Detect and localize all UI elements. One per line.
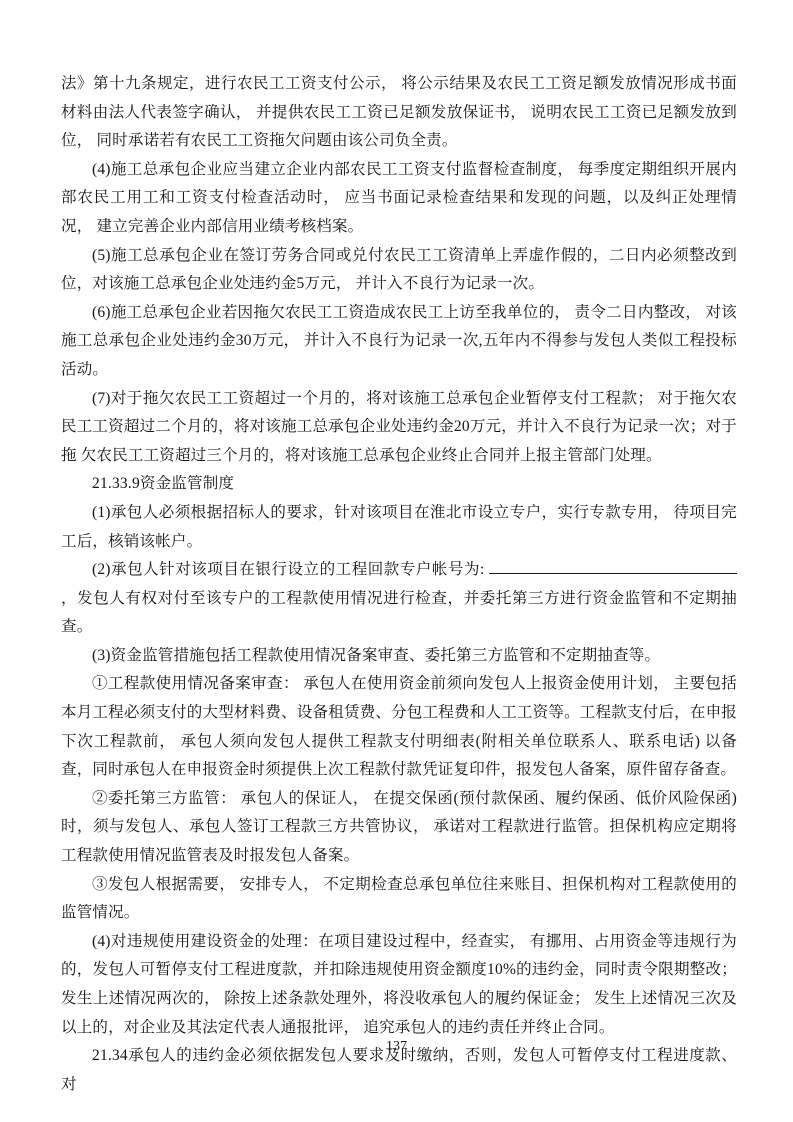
account-number-tail: ，发包人有权对付至该专户的工程款使用情况进行检查，并委托第三方进行资金监管和不定… [61, 590, 737, 636]
paragraph-circle-3: ③发包人根据需要， 安排专人， 不定期检查总承包单位往来账目、担保机构对工程款使… [61, 871, 737, 928]
account-number-blank [489, 559, 737, 574]
paragraph-item-3: (3)资金监管措施包括工程款使用情况备案审查、委托第三方监管和不定期抽查等。 [61, 642, 737, 671]
document-page: 法》第十九条规定，进行农民工工资支付公示， 将公示结果及农民工工资足额发放情况形… [0, 0, 793, 1122]
paragraph-item-1: (1)承包人必须根据招标人的要求，针对该项目在淮北市设立专户，实行专款专用， 待… [61, 499, 737, 556]
paragraph-item-4-funds: (4)对违规使用建设资金的处理：在项目建设过程中，经查实， 有挪用、占用资金等违… [61, 928, 737, 1042]
paragraph-item-4: (4)施工总承包企业应当建立企业内部农民工工资支付监督检查制度， 每季度定期组织… [61, 156, 737, 242]
page-content: 法》第十九条规定，进行农民工工资支付公示， 将公示结果及农民工工资足额发放情况形… [61, 70, 737, 1099]
paragraph-circle-1: ①工程款使用情况备案审查： 承包人在使用资金前须向发包人上报资金使用计划， 主要… [61, 670, 737, 784]
account-number-label: (2)承包人针对该项目在银行设立的工程回款专户帐号为: [92, 561, 485, 578]
paragraph-item-7: (7)对于拖欠农民工工资超过一个月的，将对该施工总承包企业暂停支付工程款； 对于… [61, 385, 737, 471]
section-heading-21-33-9: 21.33.9资金监管制度 [61, 470, 737, 499]
paragraph-item-5: (5)施工总承包企业在签订劳务合同或兑付农民工工资清单上弄虚作假的，二日内必须整… [61, 242, 737, 299]
paragraph-item-6: (6)施工总承包企业若因拖欠农民工工资造成农民工上访至我单位的， 责令二日内整改… [61, 299, 737, 385]
paragraph-circle-2: ②委托第三方监管： 承包人的保证人， 在提交保函(预付款保函、履约保函、低价风险… [61, 785, 737, 871]
paragraph-continuation: 法》第十九条规定，进行农民工工资支付公示， 将公示结果及农民工工资足额发放情况形… [61, 70, 737, 156]
page-number: 137 [0, 1037, 793, 1057]
paragraph-item-2: (2)承包人针对该项目在银行设立的工程回款专户帐号为: ，发包人有权对付至该专户… [61, 556, 737, 642]
